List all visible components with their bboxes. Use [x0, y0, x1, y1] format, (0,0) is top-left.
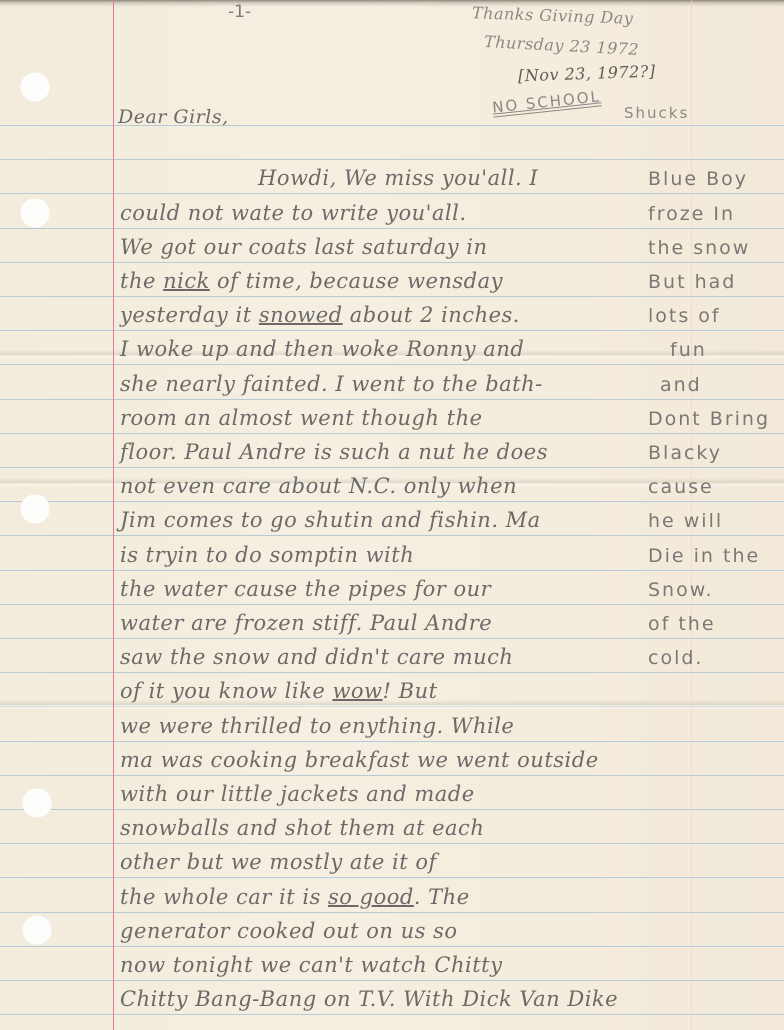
- ruled-line: [0, 228, 784, 229]
- letter-line: not even care about N.C. only when: [120, 474, 517, 498]
- side-note-line: Dont Bring: [648, 408, 770, 430]
- ruled-line: [0, 1014, 784, 1015]
- side-note-line: Snow.: [648, 579, 714, 601]
- header-holiday: Thanks Giving Day: [472, 3, 634, 28]
- ruled-line: [0, 843, 784, 844]
- ruled-line: [0, 877, 784, 878]
- ruled-line: [0, 570, 784, 571]
- side-note-line: he will: [648, 510, 723, 532]
- ruled-line: [0, 296, 784, 297]
- underlined-word: so good: [328, 885, 414, 909]
- header-date: Thursday 23 1972: [484, 32, 640, 59]
- letter-line: saw the snow and didn't care much: [120, 645, 513, 669]
- letter-line: generator cooked out on us so: [120, 919, 458, 943]
- punch-hole: [22, 915, 52, 945]
- header-no-school: NO SCHOOL: [491, 87, 601, 116]
- ruled-line: [0, 467, 784, 468]
- letter-line: of it you know like wow! But: [120, 679, 438, 703]
- ruled-line: [0, 604, 784, 605]
- ruled-line: [0, 912, 784, 913]
- letter-line: other but we mostly ate it of: [120, 850, 437, 874]
- letter-line: snowballs and shot them at each: [120, 816, 484, 840]
- header-shucks: Shucks: [624, 104, 689, 122]
- letter-line: yesterday it snowed about 2 inches.: [120, 303, 520, 327]
- letter-line: Chitty Bang-Bang on T.V. With Dick Van D…: [120, 987, 618, 1011]
- letter-line: the whole car it is so good. The: [120, 885, 470, 909]
- ruled-line: [0, 980, 784, 981]
- side-note-line: lots of: [648, 305, 721, 327]
- salutation: Dear Girls,: [118, 106, 229, 128]
- underlined-word: nick: [163, 269, 210, 293]
- letter-line: now tonight we can't watch Chitty: [120, 953, 502, 977]
- punch-hole: [20, 72, 50, 102]
- header-date-note: [Nov 23, 1972?]: [518, 62, 656, 86]
- underlined-word: snowed: [259, 303, 343, 327]
- page-number: -1-: [228, 2, 251, 22]
- letter-line: the nick of time, because wensday: [120, 269, 503, 293]
- side-note-line: fun: [670, 339, 707, 361]
- ruled-line: [0, 501, 784, 502]
- ruled-line: [0, 364, 784, 365]
- notebook-paper: -1- Thanks Giving Day Thursday 23 1972 […: [0, 0, 784, 1030]
- punch-hole: [22, 788, 52, 818]
- ruled-line: [0, 159, 784, 160]
- letter-line: Jim comes to go shutin and fishin. Ma: [120, 508, 541, 532]
- side-note-line: and: [660, 374, 702, 396]
- letter-line: the water cause the pipes for our: [120, 577, 491, 601]
- letter-line: water are frozen stiff. Paul Andre: [120, 611, 492, 635]
- punch-hole: [20, 198, 50, 228]
- letter-line: Howdi, We miss you'all. I: [258, 166, 538, 190]
- letter-line: is tryin to do somptin with: [120, 543, 414, 567]
- ruled-line: [0, 672, 784, 673]
- letter-line: floor. Paul Andre is such a nut he does: [120, 440, 548, 464]
- ruled-line: [0, 193, 784, 194]
- side-note-line: cold.: [648, 647, 703, 669]
- letter-line: ma was cooking breakfast we went outside: [120, 748, 599, 772]
- side-note-line: froze In: [648, 203, 735, 225]
- ruled-line: [0, 741, 784, 742]
- side-note-line: of the: [648, 613, 716, 635]
- letter-line: could not wate to write you'all.: [120, 201, 467, 225]
- left-margin-line: [113, 0, 114, 1030]
- ruled-line: [0, 262, 784, 263]
- ruled-line: [0, 638, 784, 639]
- letter-line: she nearly fainted. I went to the bath-: [120, 372, 543, 396]
- side-note-line: Blacky: [648, 442, 722, 464]
- letter-line: We got our coats last saturday in: [120, 235, 488, 259]
- underlined-word: wow: [332, 679, 382, 703]
- ruled-line: [0, 433, 784, 434]
- ruled-line: [0, 535, 784, 536]
- letter-line: with our little jackets and made: [120, 782, 475, 806]
- letter-line: I woke up and then woke Ronny and: [120, 337, 524, 361]
- side-note-line: the snow: [648, 237, 750, 259]
- side-note-line: cause: [648, 476, 714, 498]
- side-note-line: Blue Boy: [648, 168, 748, 190]
- ruled-line: [0, 330, 784, 331]
- ruled-line: [0, 399, 784, 400]
- letter-line: room an almost went though the: [120, 406, 483, 430]
- ruled-line: [0, 946, 784, 947]
- punch-hole: [20, 494, 50, 524]
- side-note-line: But had: [648, 271, 736, 293]
- ruled-line: [0, 775, 784, 776]
- letter-line: we were thrilled to enything. While: [120, 714, 514, 738]
- ruled-line: [0, 809, 784, 810]
- side-note-line: Die in the: [648, 545, 760, 567]
